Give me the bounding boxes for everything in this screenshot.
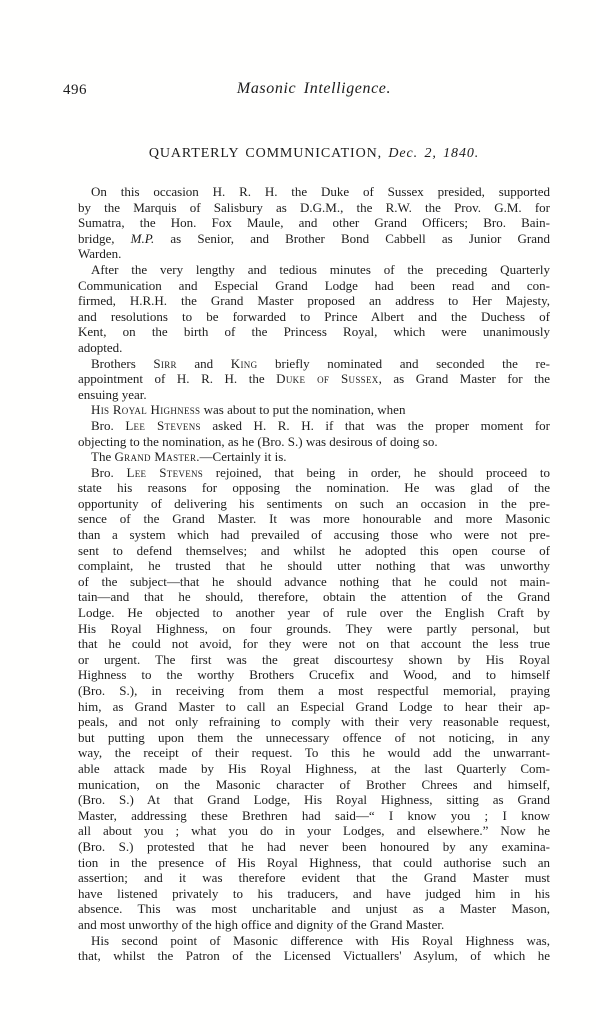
text-line: sence of the Grand Master. It was more h… (78, 511, 550, 527)
text-line: have listened privately to his traducers… (78, 886, 550, 902)
paragraph: Bro. Lee Stevens asked H. R. H. if that … (78, 418, 550, 449)
text-line: state his reasons for opposing the nomin… (78, 480, 550, 496)
paragraph: His Royal Highness was about to put the … (78, 402, 550, 418)
text-line: all about you ; what you do in your Lodg… (78, 823, 550, 839)
text-line: and most unworthy of the high office and… (78, 917, 550, 933)
text-line: bridge, M.P. as Senior, and Brother Bond… (78, 231, 550, 247)
text-line: (Bro. S.) protested that he had never be… (78, 839, 550, 855)
text-line: that he could not avoid, for they were n… (78, 636, 550, 652)
text-line: Sumatra, the Hon. Fox Maule, and other G… (78, 215, 550, 231)
text-line: than a system which had prevailed of acc… (78, 527, 550, 543)
text-line: able attack made by His Royal Highness, … (78, 761, 550, 777)
small-caps-text: Lee Stevens (125, 418, 201, 433)
text-line: absence. This was most uncharitable and … (78, 901, 550, 917)
text-line: him, as Grand Master to call an Especial… (78, 699, 550, 715)
text-line: complaint, he trusted that he should utt… (78, 558, 550, 574)
text-line: objecting to the nomination, as he (Bro.… (78, 434, 550, 450)
small-caps-text: Sirr (153, 356, 176, 371)
text-line: peals, and not only refraining to comply… (78, 714, 550, 730)
text-line: Communication and Especial Grand Lodge h… (78, 278, 550, 294)
small-caps-text: Lee Stevens (126, 465, 203, 480)
text-line: or urgent. The first was the great disco… (78, 652, 550, 668)
text-line: Bro. Lee Stevens rejoined, that being in… (78, 465, 550, 481)
text-line: (Bro. S.) At that Grand Lodge, His Royal… (78, 792, 550, 808)
italic-text: M.P. (131, 231, 155, 246)
text-line: The Grand Master.—Certainly it is. (78, 449, 550, 465)
text-line: tain—and that he should, therefore, obta… (78, 589, 550, 605)
text-line: Highness to the worthy Brothers Crucefix… (78, 667, 550, 683)
text-line: His Royal Highness was about to put the … (78, 402, 550, 418)
text-line: and resolutions to be forwarded to Princ… (78, 309, 550, 325)
text-line: Brothers Sirr and King briefly nominated… (78, 356, 550, 372)
paragraph: The Grand Master.—Certainly it is. (78, 449, 550, 465)
paragraph: Bro. Lee Stevens rejoined, that being in… (78, 465, 550, 933)
text-line: On this occasion H. R. H. the Duke of Su… (78, 184, 550, 200)
paragraph: On this occasion H. R. H. the Duke of Su… (78, 184, 550, 262)
text-line: assertion; and it was therefore evident … (78, 870, 550, 886)
text-line: tion in the presence of His Royal Highne… (78, 855, 550, 871)
paragraph: After the very lengthy and tedious minut… (78, 262, 550, 356)
text-line: that, whilst the Patron of the Licensed … (78, 948, 550, 964)
text-line: Kent, on the birth of the Princess Royal… (78, 324, 550, 340)
text-line: Bro. Lee Stevens asked H. R. H. if that … (78, 418, 550, 434)
text-line: Lodge. He objected to another year of ru… (78, 605, 550, 621)
text-line: by the Marquis of Salisbury as D.G.M., t… (78, 200, 550, 216)
text-line: opportunity of delivering his sentiments… (78, 496, 550, 512)
text-line: ensuing year. (78, 387, 550, 403)
text-line: of the subject—that he should advance no… (78, 574, 550, 590)
italic-text: Dec. 2, 1840. (388, 146, 479, 161)
text-line: After the very lengthy and tedious minut… (78, 262, 550, 278)
text-line: way, the receipt of their request. To th… (78, 745, 550, 761)
small-caps-text: King (231, 356, 258, 371)
text-line: munication, on the Masonic character of … (78, 777, 550, 793)
text-line: sent to defend themselves; and whilst he… (78, 543, 550, 559)
paragraph: His second point of Masonic difference w… (78, 933, 550, 964)
body-text: On this occasion H. R. H. the Duke of Su… (78, 184, 550, 964)
text-line: firmed, H.R.H. the Grand Master proposed… (78, 293, 550, 309)
small-caps-text: Duke of Sussex (276, 371, 378, 386)
text-line: (Bro. S.), in receiving from them a most… (78, 683, 550, 699)
text-line: His second point of Masonic difference w… (78, 933, 550, 949)
document-page: 496 Masonic Intelligence. QUARTERLY COMM… (0, 0, 596, 1034)
text-line: appointment of H. R. H. the Duke of Suss… (78, 371, 550, 387)
text-line: Master, addressing these Brethren had sa… (78, 808, 550, 824)
text-line: but putting upon them the unnecessary of… (78, 730, 550, 746)
running-title: Masonic Intelligence. (78, 80, 550, 98)
paragraph: Brothers Sirr and King briefly nominated… (78, 356, 550, 403)
small-caps-text: His Royal Highness (91, 402, 200, 417)
text-line: His Royal Highness, on four grounds. The… (78, 621, 550, 637)
section-heading: QUARTERLY COMMUNICATION, Dec. 2, 1840. (78, 146, 550, 162)
text-line: Warden. (78, 246, 550, 262)
text-line: adopted. (78, 340, 550, 356)
small-caps-text: Grand Master (114, 449, 196, 464)
